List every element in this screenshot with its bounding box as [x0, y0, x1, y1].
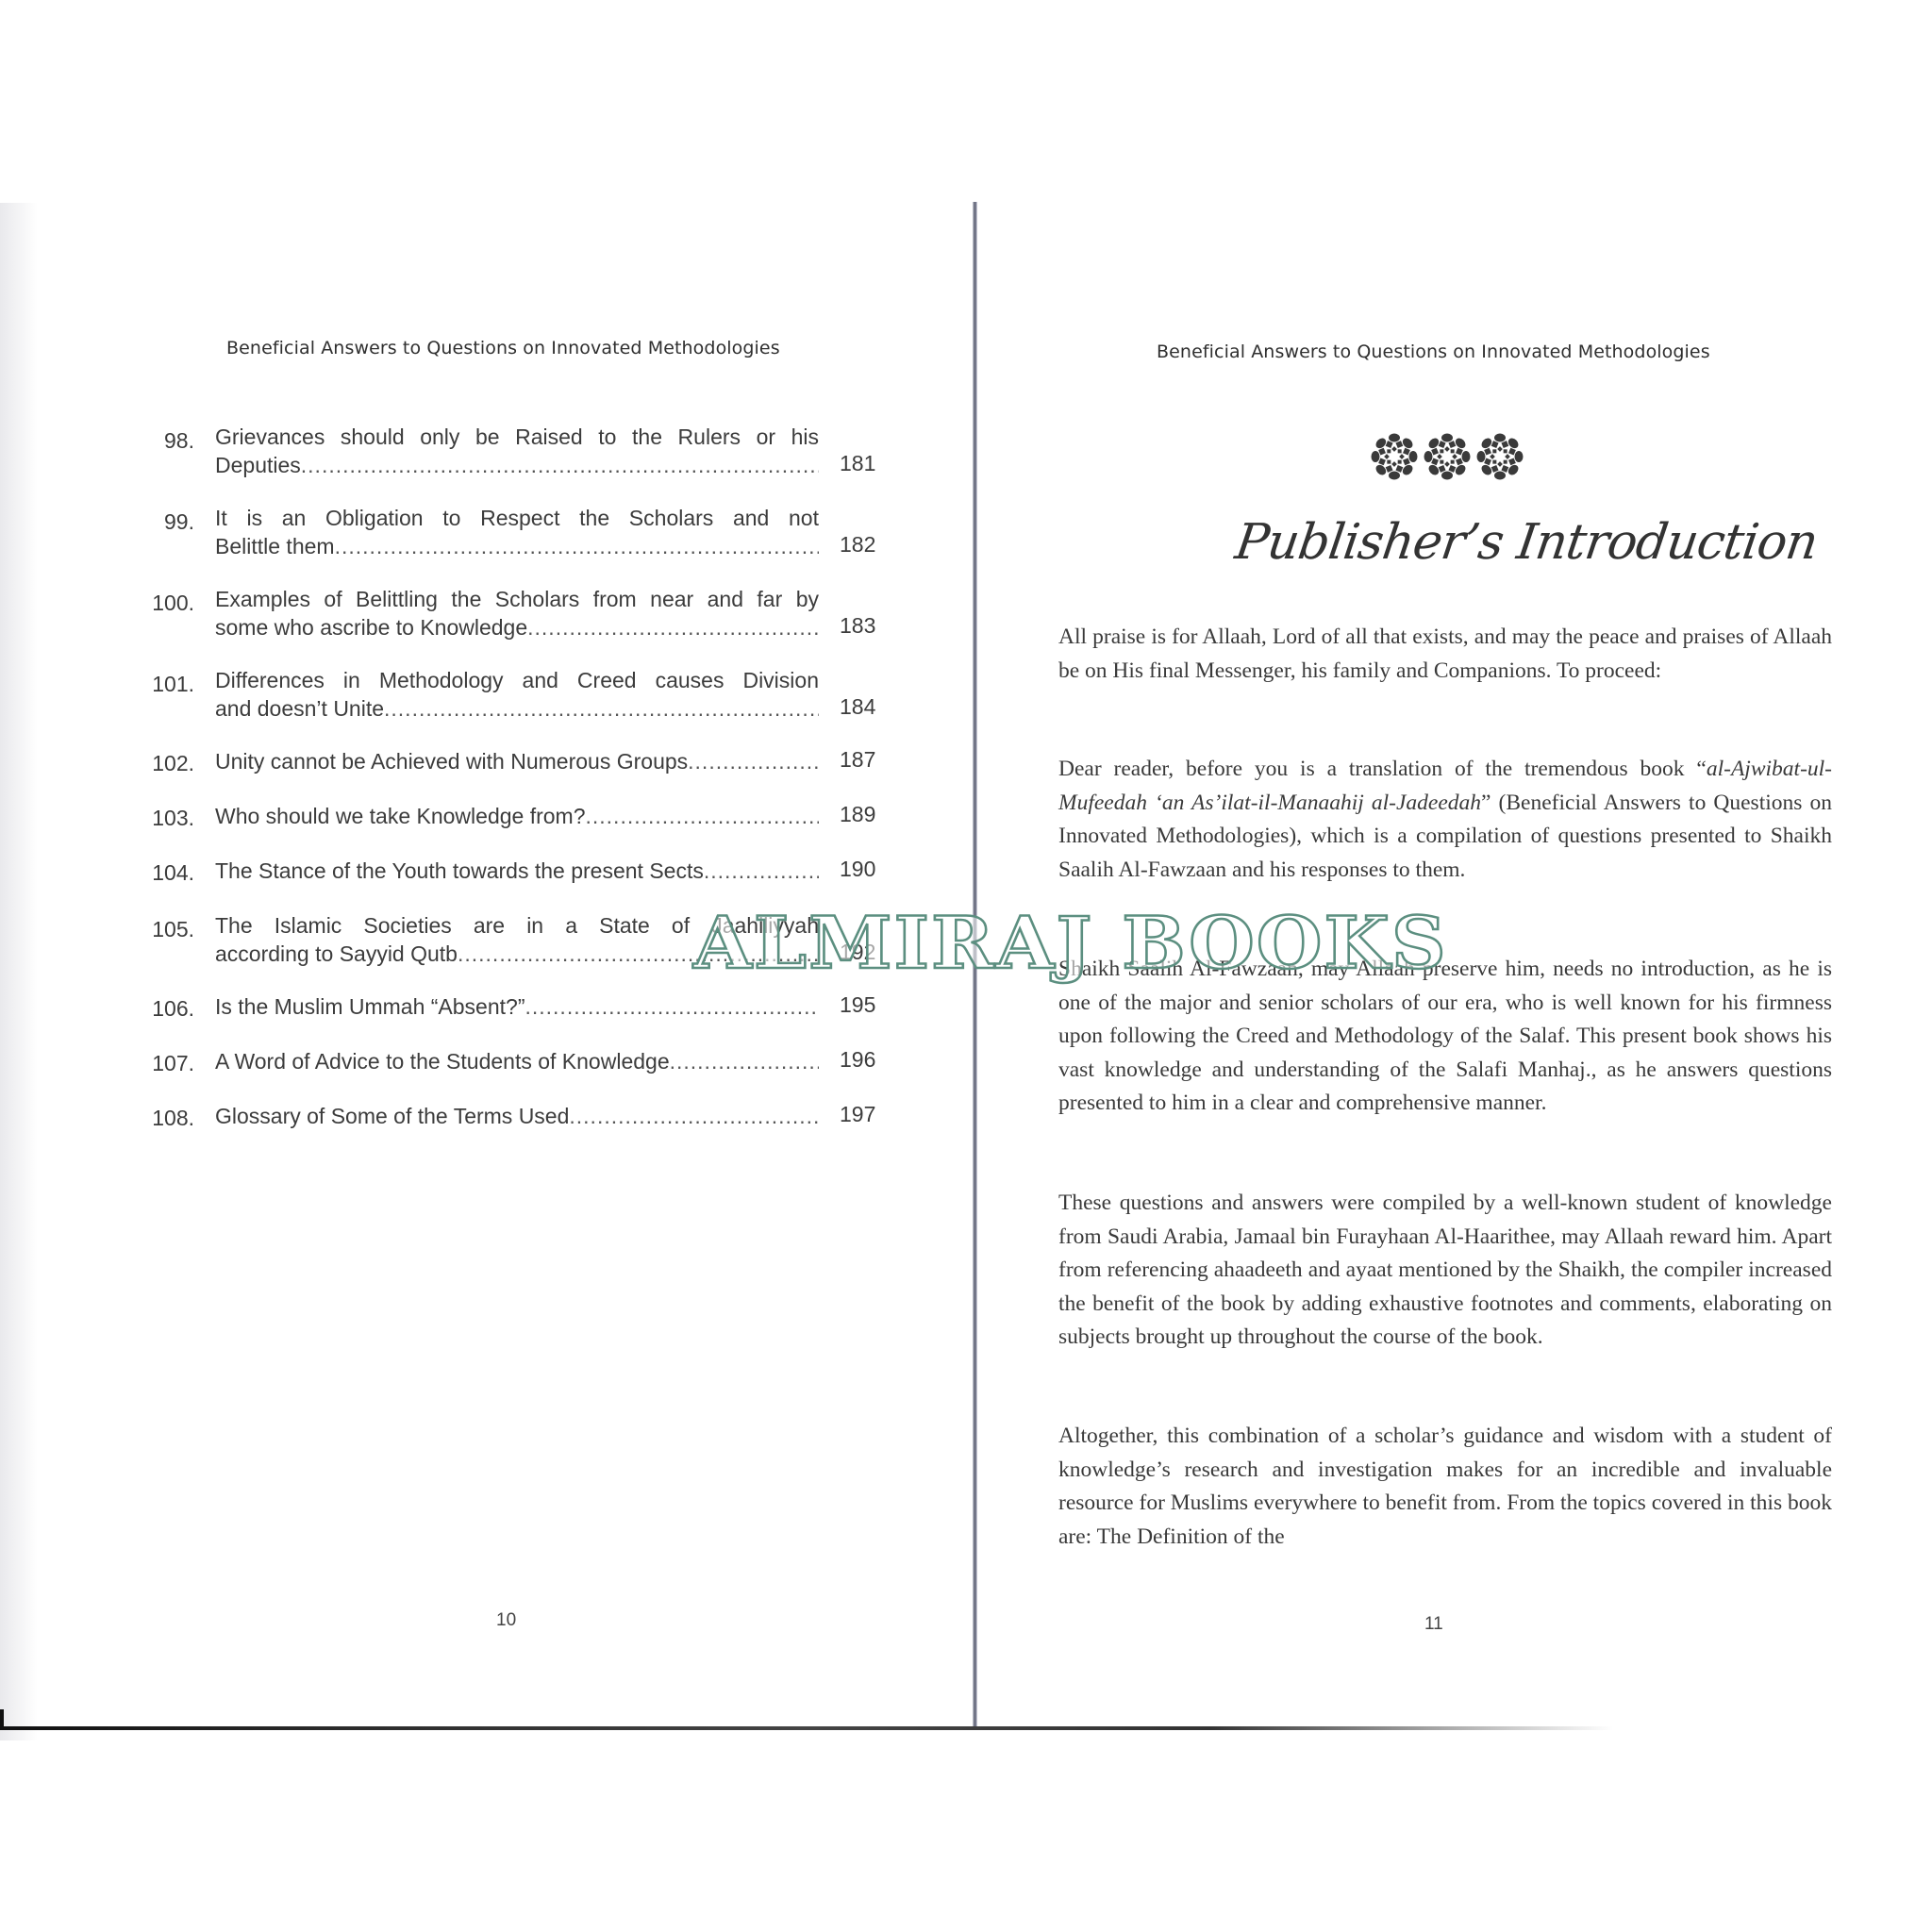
toc-entry-number: 99. — [142, 509, 194, 535]
paragraph: Altogether, this combination of a schola… — [1058, 1420, 1832, 1554]
paragraph: These questions and answers were compile… — [1058, 1187, 1832, 1355]
toc-entry-title-line: Belittle them — [215, 532, 335, 560]
dot-leader: ........................................… — [688, 747, 819, 775]
paragraph: Dear reader, before you is a translation… — [1058, 753, 1832, 887]
toc-entry-title: Is the Muslim Ummah “Absent?”...........… — [215, 992, 819, 1021]
page-number-right: 11 — [1424, 1614, 1443, 1635]
toc-entry-page: 184 — [840, 694, 887, 720]
toc-entry-number: 102. — [142, 751, 194, 776]
toc-entry-title: Who should we take Knowledge from?......… — [215, 802, 819, 830]
toc-entry-page: 189 — [840, 802, 887, 827]
dot-leader: ........................................… — [704, 857, 819, 885]
toc-entry-page: 187 — [840, 747, 887, 773]
toc-entry-title-line: Differences in Methodology and Creed cau… — [215, 666, 819, 694]
dot-leader: ........................................… — [527, 613, 819, 641]
toc-entry-title-line: Deputies — [215, 451, 301, 479]
toc-entry-title-line: according to Sayyid Qutb — [215, 940, 458, 968]
dot-leader: ........................................… — [586, 802, 820, 830]
rosette-icon — [1475, 432, 1524, 481]
page-number-left: 10 — [496, 1610, 516, 1631]
toc-entry-title: Glossary of Some of the Terms Used......… — [215, 1102, 819, 1130]
toc-entry-number: 103. — [142, 806, 194, 831]
toc-entry-number: 106. — [142, 996, 194, 1022]
toc-entry-title: Unity cannot be Achieved with Numerous G… — [215, 747, 819, 775]
toc-entry-page: 196 — [840, 1047, 887, 1073]
toc-entry-title-line: A Word of Advice to the Students of Know… — [215, 1047, 670, 1075]
watermark: ALMIRAJ BOOKS — [693, 908, 1448, 979]
toc-entry-title: The Stance of the Youth towards the pres… — [215, 857, 819, 885]
section-title: Publisher’s Introduction — [1232, 514, 1821, 571]
toc-entry-title-line: Who should we take Knowledge from? — [215, 802, 586, 830]
rosette-ornament-icon — [1370, 432, 1524, 481]
toc-entry-title-line: some who ascribe to Knowledge — [215, 613, 527, 641]
rosette-icon — [1370, 432, 1419, 481]
toc-entry-page: 182 — [840, 532, 887, 558]
toc-entry-page: 197 — [840, 1102, 887, 1127]
toc-entry-title: Examples of Belittling the Scholars from… — [215, 585, 819, 641]
toc-entry-title: It is an Obligation to Respect the Schol… — [215, 504, 819, 560]
dot-leader: ........................................… — [384, 694, 819, 723]
toc-entry-page: 195 — [840, 992, 887, 1018]
toc-entry-title-line: Glossary of Some of the Terms Used — [215, 1102, 569, 1130]
toc-entry-number: 105. — [142, 917, 194, 942]
toc-entry-title-line: Is the Muslim Ummah “Absent?” — [215, 992, 525, 1021]
toc-entry-number: 101. — [142, 672, 194, 697]
paragraph-text: Dear reader, before you is a translation… — [1058, 757, 1707, 781]
toc-entry-title: Differences in Methodology and Creed cau… — [215, 666, 819, 723]
dot-leader: ........................................… — [525, 992, 819, 1021]
dot-leader: ........................................… — [301, 451, 819, 479]
toc-entry-title-line: Grievances should only be Raised to the … — [215, 423, 819, 451]
toc-entry-page: 190 — [840, 857, 887, 882]
toc-entry-number: 98. — [142, 428, 194, 454]
toc-entry-number: 104. — [142, 860, 194, 886]
toc-entry-title: Grievances should only be Raised to the … — [215, 423, 819, 479]
toc-entry-page: 181 — [840, 451, 887, 476]
toc-entry-title-line: and doesn’t Unite — [215, 694, 384, 723]
dot-leader: ........................................… — [569, 1102, 819, 1130]
book-spread: Beneficial Answers to Questions on Innov… — [0, 0, 1932, 1932]
toc-entry-title: A Word of Advice to the Students of Know… — [215, 1047, 819, 1075]
paragraph: All praise is for Allaah, Lord of all th… — [1058, 621, 1832, 688]
running-head-right: Beneficial Answers to Questions on Innov… — [1157, 341, 1710, 362]
dot-leader: ........................................… — [670, 1047, 819, 1075]
toc-entry-title-line: Unity cannot be Achieved with Numerous G… — [215, 747, 688, 775]
toc-entry-number: 100. — [142, 591, 194, 616]
running-head-left: Beneficial Answers to Questions on Innov… — [226, 338, 780, 358]
toc-entry-number: 108. — [142, 1106, 194, 1131]
toc-entry-page: 183 — [840, 613, 887, 639]
toc-entry-number: 107. — [142, 1051, 194, 1076]
toc-entry-title-line: It is an Obligation to Respect the Schol… — [215, 504, 819, 532]
rosette-icon — [1423, 432, 1472, 481]
book-bottom-edge — [0, 1726, 1613, 1730]
toc-entry-title-line: The Stance of the Youth towards the pres… — [215, 857, 704, 885]
toc-entry-title-line: Examples of Belittling the Scholars from… — [215, 585, 819, 613]
page-edge-shadow — [0, 203, 38, 1740]
dot-leader: ........................................… — [335, 532, 819, 560]
